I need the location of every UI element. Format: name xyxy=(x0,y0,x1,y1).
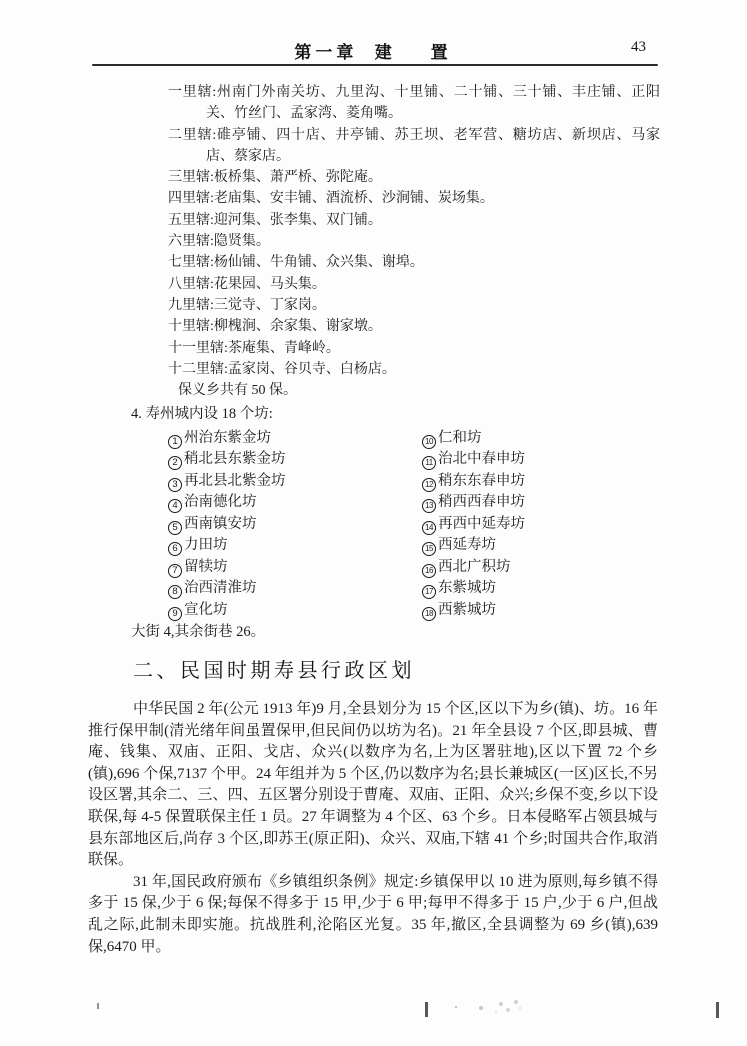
circled-number-icon: 17 xyxy=(422,585,436,599)
circled-number-icon: 8 xyxy=(168,585,182,599)
ward-name: 再北县北紫金坊 xyxy=(184,473,286,489)
li-item-8: 八里辖:花果园、马头集。 xyxy=(168,274,660,295)
ward-name: 东紫城坊 xyxy=(438,580,496,596)
ward-item: 6力田坊 xyxy=(168,535,422,557)
ward-item: 11治北中春申坊 xyxy=(422,449,660,471)
body-paragraph-1: 中华民国 2 年(公元 1913 年)9 月,全县划分为 15 个区,区以下为乡… xyxy=(88,699,658,872)
ward-intro-line: 4. 寿州城内设 18 个坊: xyxy=(131,404,660,426)
ward-item: 16西北广积坊 xyxy=(422,557,660,579)
chapter-title: 第一章 建 置 xyxy=(88,38,658,63)
ward-item: 10仁和坊 xyxy=(422,428,660,450)
ward-name: 仁和坊 xyxy=(438,430,482,446)
section-heading: 二、民国时期寿县行政区划 xyxy=(133,654,415,683)
ward-item: 2稍北县东紫金坊 xyxy=(168,449,422,471)
ward-item: 13稍西西春申坊 xyxy=(422,492,660,514)
li-item-7: 七里辖:杨仙铺、牛角铺、众兴集、谢埠。 xyxy=(168,252,660,273)
ward-item: 14再西中延寿坊 xyxy=(422,514,660,536)
page-header: 第一章 建 置 43 xyxy=(88,38,658,62)
body-text-block: 中华民国 2 年(公元 1913 年)9 月,全县划分为 15 个区,区以下为乡… xyxy=(88,699,658,958)
li-item-10: 十里辖:柳槐涧、余家集、谢家墩。 xyxy=(168,316,660,337)
baoyi-summary-line: 保义乡共有 50 保。 xyxy=(178,380,660,401)
circled-number-icon: 13 xyxy=(422,499,436,513)
ward-name: 宣化坊 xyxy=(184,602,228,618)
li-item-3: 三里辖:板桥集、萧严桥、弥陀庵。 xyxy=(168,167,660,188)
li-item-2: 二里辖:碓亭铺、四十店、井亭铺、苏王坝、老军营、糖坊店、新坝店、马家店、蔡家店。 xyxy=(168,125,660,168)
circled-number-icon: 7 xyxy=(168,564,182,578)
ward-name: 州治东紫金坊 xyxy=(184,430,271,446)
circled-number-icon: 9 xyxy=(168,607,182,621)
li-item-12: 十二里辖:孟家岗、谷贝寺、白杨店。 xyxy=(168,359,660,380)
ward-item: 5西南镇安坊 xyxy=(168,514,422,536)
li-item-11: 十一里辖:茶庵集、青峰岭。 xyxy=(168,338,660,359)
ward-name: 西延寿坊 xyxy=(438,537,496,553)
circled-number-icon: 14 xyxy=(422,521,436,535)
li-jurisdiction-list: 一里辖:州南门外南关坊、九里沟、十里铺、二十铺、三十铺、丰庄铺、正阳关、竹丝门、… xyxy=(168,82,660,401)
ward-item: 17东紫城坊 xyxy=(422,578,660,600)
ward-item: 4治南德化坊 xyxy=(168,492,422,514)
li-item-9: 九里辖:三觉寺、丁家岗。 xyxy=(168,295,660,316)
ward-name: 治西清淮坊 xyxy=(184,580,257,596)
ward-name: 留犊坊 xyxy=(184,559,228,575)
circled-number-icon: 2 xyxy=(168,456,182,470)
ward-section: 4. 寿州城内设 18 个坊: 1州治东紫金坊 2稍北县东紫金坊 3再北县北紫金… xyxy=(131,404,660,644)
circled-number-icon: 18 xyxy=(422,607,436,621)
ward-name: 西南镇安坊 xyxy=(184,516,257,532)
scan-artifact-tick xyxy=(97,1003,99,1009)
ward-item: 8治西清淮坊 xyxy=(168,578,422,600)
scan-artifact-bar xyxy=(425,1002,428,1017)
ward-item: 3再北县北紫金坊 xyxy=(168,471,422,493)
ward-name: 西北广积坊 xyxy=(438,559,511,575)
ward-name: 西紫城坊 xyxy=(438,602,496,618)
ward-item: 15西延寿坊 xyxy=(422,535,660,557)
li-item-1: 一里辖:州南门外南关坊、九里沟、十里铺、二十铺、三十铺、丰庄铺、正阳关、竹丝门、… xyxy=(168,82,660,125)
ward-column-left: 1州治东紫金坊 2稍北县东紫金坊 3再北县北紫金坊 4治南德化坊 5西南镇安坊 … xyxy=(168,428,422,622)
ward-name: 稍东东春申坊 xyxy=(438,473,525,489)
circled-number-icon: 12 xyxy=(422,478,436,492)
body-paragraph-2: 31 年,国民政府颁布《乡镇组织条例》规定:乡镇保甲以 10 进为原则,每乡镇不… xyxy=(88,872,658,958)
circled-number-icon: 10 xyxy=(422,435,436,449)
header-rule xyxy=(92,64,658,66)
ward-item: 9宣化坊 xyxy=(168,600,422,622)
circled-number-icon: 3 xyxy=(168,478,182,492)
li-item-4: 四里辖:老庙集、安丰铺、酒流桥、沙涧铺、炭场集。 xyxy=(168,188,660,209)
ward-item: 12稍东东春申坊 xyxy=(422,471,660,493)
circled-number-icon: 5 xyxy=(168,521,182,535)
circled-number-icon: 1 xyxy=(168,435,182,449)
ward-name: 治南德化坊 xyxy=(184,494,257,510)
li-item-5: 五里辖:迎河集、张李集、双门铺。 xyxy=(168,210,660,231)
page-number: 43 xyxy=(631,39,646,56)
ward-name: 稍西西春申坊 xyxy=(438,494,525,510)
circled-number-icon: 16 xyxy=(422,564,436,578)
ward-name: 治北中春申坊 xyxy=(438,451,525,467)
circled-number-icon: 4 xyxy=(168,499,182,513)
circled-number-icon: 6 xyxy=(168,542,182,556)
li-item-6: 六里辖:隐贤集。 xyxy=(168,231,660,252)
ward-name: 稍北县东紫金坊 xyxy=(184,451,286,467)
ward-column-right: 10仁和坊 11治北中春申坊 12稍东东春申坊 13稍西西春申坊 14再西中延寿… xyxy=(422,428,660,622)
scan-artifact-bar xyxy=(716,1002,719,1018)
ward-name: 再西中延寿坊 xyxy=(438,516,525,532)
ward-name: 力田坊 xyxy=(184,537,228,553)
ward-item: 18西紫城坊 xyxy=(422,600,660,622)
ward-item: 1州治东紫金坊 xyxy=(168,428,422,450)
ward-item: 7留犊坊 xyxy=(168,557,422,579)
scan-artifact-speckles xyxy=(455,1006,457,1008)
streets-note: 大街 4,其余街巷 26。 xyxy=(131,622,660,644)
circled-number-icon: 11 xyxy=(422,456,436,470)
scanned-book-page: 第一章 建 置 43 一里辖:州南门外南关坊、九里沟、十里铺、二十铺、三十铺、丰… xyxy=(0,0,747,1046)
circled-number-icon: 15 xyxy=(422,542,436,556)
ward-columns: 1州治东紫金坊 2稍北县东紫金坊 3再北县北紫金坊 4治南德化坊 5西南镇安坊 … xyxy=(168,428,660,622)
